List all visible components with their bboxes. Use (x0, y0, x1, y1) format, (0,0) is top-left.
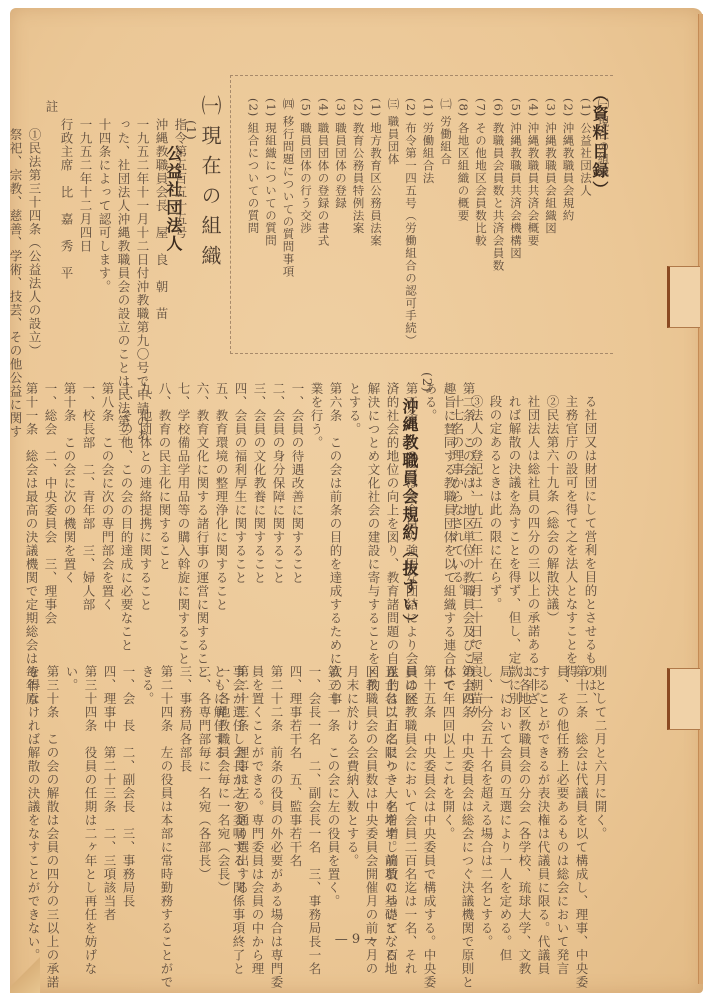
rule-line: 四、理事中 第二十三条 二、三項該当者 (100, 665, 119, 925)
page-number: — 9 — (0, 932, 712, 947)
toc-item: (6) 教職員会員数と共済会員数 (489, 98, 507, 348)
rule-line: 区教職員会の会員数は中央委員会開催月の前々月の (362, 665, 381, 925)
toc-item: ㈠ 現在の組織 (594, 98, 612, 348)
rule-line: 第六条 この会は前条の目的を達成するために次の事 (326, 382, 345, 632)
section-marker: ㈠ (198, 95, 222, 125)
text-line: る社団又は財団にして営利を目的とさせるものは、 (581, 395, 600, 645)
lower-left-text: 第二十三条 理事は左の通り選出する一、各地教職員会毎に一名宛（会長）二、各専門部… (24, 665, 252, 925)
page-edge (698, 14, 703, 984)
rule-line: 四、会員の福利厚生に関すること (231, 382, 250, 632)
rule-line: ある。 (421, 382, 440, 632)
rule-line: 則として二月と六月に開く。 (591, 665, 610, 925)
text-line: 社団法人は総社員の四分の三以上の承諾あるに非ざ (524, 395, 543, 645)
text-line: 指令第五百五十五号 (171, 118, 190, 358)
binding-tab-top (667, 266, 700, 328)
rule-line: 第三十条 この会の解散は会員の四分の三以上の承諾 (43, 665, 62, 925)
rule-line: 第十一条 総会は最高の決議機関で定期総会は毎年原 (22, 382, 41, 632)
note-line: 祭祀、宗教、慈善、学術、技芸、その他公益に関す (6, 128, 25, 358)
text-line: 沖縄教職員会長 屋 良 朝 苗 (152, 118, 171, 358)
rule-line: 員は区教職員会において会員二百名迄は一名、それ (401, 665, 420, 925)
rule-line: 五十名以上に限り一人を増す。前項の基礎となる地 (381, 665, 400, 925)
rule-line: し、一分会五十名を超える場合は二名とする。 (477, 665, 496, 925)
toc-item: (1) 地方教育区公務員法案 (367, 98, 385, 348)
rule-line: 第五条 この会は全会員の強固な団結により会員の経 (402, 382, 421, 632)
rule-line: 五、教育環境の整理浄化に関すること (212, 382, 231, 632)
toc-item: (2) 教育公務員特例法案 (349, 98, 367, 348)
toc-item: (2) 沖縄教職員会規約 (559, 98, 577, 348)
text-line: 一九五二年十一月十二日付沖教職第九〇号で申請のあ (133, 118, 152, 358)
rule-line: 一、総会 二、中央委員会 三、理事会 (41, 382, 60, 632)
rule-line: 第二条 この会は、地区単位の教職員会及びこの会の (459, 382, 478, 632)
toc-item: (8) 各地区組織の概要 (454, 98, 472, 348)
rule-line: 一、各地教職員会毎に一名宛（会長） (214, 665, 233, 925)
rule-line: 員、その他任務上必要あるものは総会において発言 (553, 665, 572, 925)
rule-line: 第三十一条 この会に左の役員を置く。 (324, 665, 343, 925)
text-line: 行政主席 比 嘉 秀 平 (57, 118, 76, 358)
rule-line: 済的社会的地位の向上を図り、教育諸問題の自主的 (383, 382, 402, 632)
section-title-text: 現在の組織 (198, 125, 222, 275)
rule-line: は各地区教職員会の分会（各学校、琉球大学、文教 (515, 665, 534, 925)
rule-line: 一、会長一名 二、副会長一名 三、事務局長一名 (305, 665, 324, 925)
rule-line: 趣旨に賛同する教職員団体を以て組織する連合体で (440, 382, 459, 632)
rule-line: 第三十四条 役員の任期は二ヶ年とし再任を妨げな (81, 665, 100, 925)
rule-line: 一、校長部 二、青年部 三、婦人部 (79, 382, 98, 632)
text-line: れば解散の決議を為すことを得ず、但し、定款に別 (505, 395, 524, 645)
rule-line: 一、会 長 二、副会長 三、事務局長 (119, 665, 138, 925)
rule-line: 十、その他、この会の目的達成に必要なこと (117, 382, 136, 632)
text-line: 一九五二年十二月四日 (76, 118, 95, 358)
rule-line: 業を行う。 (307, 382, 326, 632)
rule-line: 第十五条 中央委員会は中央委員で構成する。中央委 (420, 665, 439, 925)
rule-line: 三、会員の文化教養に関すること (250, 382, 269, 632)
rule-line: い。 (62, 665, 81, 925)
rule-line: することができるが表決権は代議員に限る。代議員 (534, 665, 553, 925)
rule-line: を得なければ解散の決議をなすことができない。 (24, 665, 43, 925)
toc-item: (3) 職員団体の登録 (332, 98, 350, 348)
rule-line: 三、事務局各部長 (176, 665, 195, 925)
text-line: 主務官庁の設可を得て之を法人となすことを得 (562, 395, 581, 645)
rule-line: 六、教育文化に関する諸行事の運営に関すること (193, 382, 212, 632)
toc-item: (5) 職員団体の行う交渉 (297, 98, 315, 348)
folded-corner (10, 957, 40, 993)
toc-item: (4) 職員団体の登録の書式 (314, 98, 332, 348)
rule-line: 第二十四条 左の役員は本部に常時勤務することがで (157, 665, 176, 925)
rule-line: 一、会員の待遇改善に関すること (288, 382, 307, 632)
rule-line: 四、理事若干名 五、監事若干名 (286, 665, 305, 925)
note-line: ①民法第三十四条（公益法人の設立） (25, 128, 44, 358)
rule-line: 第十条 この会に次の機関を置く (60, 382, 79, 632)
note-label: 註 (42, 100, 61, 114)
lower-right-text: 則として二月と六月に開く。第十二条 総会は代議員を以て構成し、理事、中央委員、そ… (382, 665, 610, 925)
rule-line: きる。 (138, 665, 157, 925)
toc-item: ㈢ 職員団体 (384, 98, 402, 348)
toc-item: (7) その他地区会員数比較 (472, 98, 490, 348)
binding-tab-bottom (667, 668, 700, 730)
toc-item: (1) 現組織についての質問 (262, 98, 280, 348)
rule-line: 二、各専門部毎に一名宛（各部長） (195, 665, 214, 925)
rule-line: 第二十三条 理事は左の通り選出する (233, 665, 252, 925)
toc-item: ㈡ 労働組合 (437, 98, 455, 348)
text-line: ②民法第六十九条（総会の解散決議） (543, 395, 562, 645)
rules-text: 第二条 この会は、地区単位の教職員会及びこの会の趣旨に賛同する教職員団体を以て組… (22, 382, 478, 632)
rule-line: 九、他団体との連絡提携に関すること (136, 382, 155, 632)
toc-list: ㈠ 現在の組織(1) 公益社団法人(2) 沖縄教職員会規約(3) 沖縄教職員会組… (244, 98, 612, 348)
rule-line: とする。 (345, 382, 364, 632)
toc-item: (1) 労働組合法 (419, 98, 437, 348)
approval-text: 指令第五百五十五号沖縄教職員会長 屋 良 朝 苗一九五二年十一月十二日付沖教職第… (57, 118, 190, 358)
toc-item: (2) 布令第一四五号（労働組合の認可手続） (402, 98, 420, 348)
toc-item: (3) 沖縄教職員会組織図 (542, 98, 560, 348)
rule-line: 七、学校備品学用品等の購入斡旋に関すること (174, 382, 193, 632)
note-text: ①民法第三十四条（公益法人の設立）祭祀、宗教、慈善、学術、技芸、その他公益に関す (6, 128, 44, 358)
rule-line: 第二十二条 前条の役員の外必要がある場合は専門委 (267, 665, 286, 925)
toc-item: (5) 沖縄教職員共済会機構図 (507, 98, 525, 348)
rule-line: して年四回以上これを開く。 (439, 665, 458, 925)
rule-line: 第八条 この会に次の専門部会を置く (98, 382, 117, 632)
section-title: ㈠現在の組織 (200, 95, 219, 275)
text-line: った、社団法人沖縄教職員会の設立のことは民法第三 (114, 118, 133, 358)
rule-line: 局）において会員の互選により一人を定める。但 (496, 665, 515, 925)
rule-line: 第十二条 総会は代議員を以て構成し、理事、中央委 (572, 665, 591, 925)
rule-line: 月末に於ける会費納入数とする。 (343, 665, 362, 925)
toc-item: (1) 公益社団法人 (577, 98, 595, 348)
text-line: 段の定あるときは此の限に在らず。 (486, 395, 505, 645)
rule-line: 解決につとめ文化社会の建設に寄与することを目的 (364, 382, 383, 632)
rule-line: 八、教育の民主化に関すること (155, 382, 174, 632)
toc-item: (2) 組合についての質問 (244, 98, 262, 348)
toc-item: ㈣ 移行問題についての質問事項 (279, 98, 297, 348)
rule-line: 二、会員の身分保障に関すること (269, 382, 288, 632)
toc-item: (4) 沖縄教職員共済会概要 (524, 98, 542, 348)
text-line: 十四条によって認可します。 (95, 118, 114, 358)
rule-line: 第十四条 中央委員会は総会につぐ決議機関で原則と (458, 665, 477, 925)
